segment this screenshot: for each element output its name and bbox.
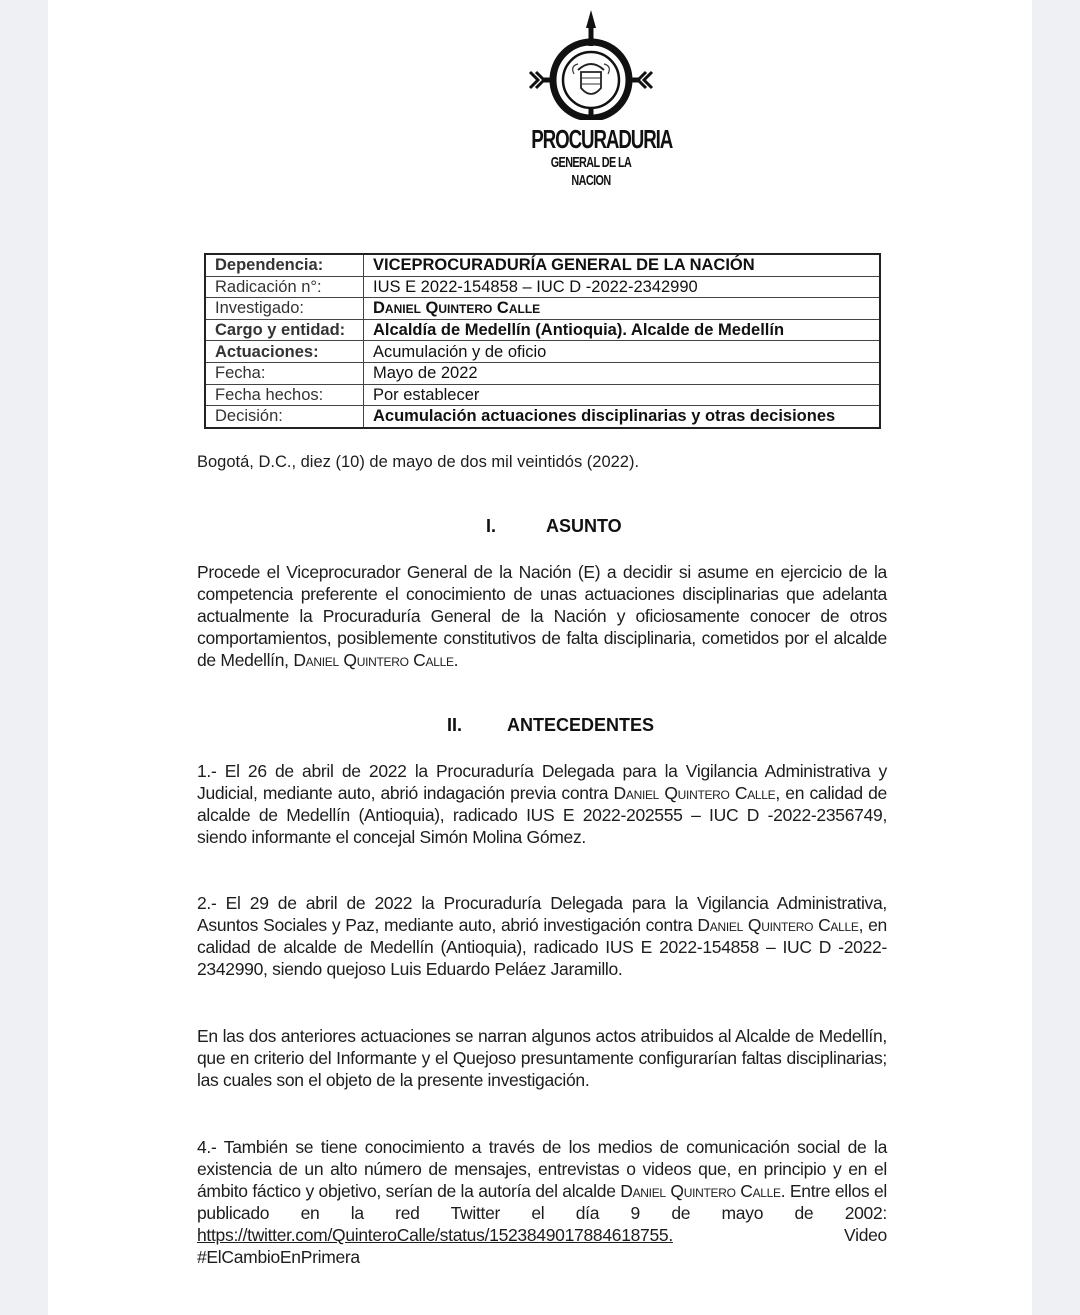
row-label: Investigado: (205, 298, 364, 320)
row-value: Daniel Quintero Calle (364, 298, 881, 320)
antecedente-4: 4.- También se tiene conocimiento a trav… (197, 1136, 887, 1268)
row-label: Cargo y entidad: (205, 319, 364, 341)
logo-title: PROCURADURIA (531, 126, 651, 152)
twitter-status-link[interactable]: https://twitter.com/QuinteroCalle/status… (197, 1225, 673, 1245)
investigated-name: Daniel Quintero Calle (620, 1181, 780, 1201)
table-row: Decisión: Acumulación actuaciones discip… (205, 406, 880, 428)
row-value: Acumulación actuaciones disciplinarias y… (364, 406, 881, 428)
row-label: Fecha hechos: (205, 384, 364, 406)
table-row: Cargo y entidad: Alcaldía de Medellín (A… (205, 319, 880, 341)
procuraduria-seal-icon (526, 8, 656, 120)
row-value: Alcaldía de Medellín (Antioquia). Alcald… (364, 319, 881, 341)
row-value: VICEPROCURADURÍA GENERAL DE LA NACIÓN (364, 254, 881, 276)
row-label: Fecha: (205, 362, 364, 384)
table-row: Fecha: Mayo de 2022 (205, 362, 880, 384)
logo-subtitle: GENERAL DE LA NACION (531, 154, 651, 190)
row-label: Decisión: (205, 406, 364, 428)
table-row: Fecha hechos: Por establecer (205, 384, 880, 406)
investigated-name: Daniel Quintero Calle (293, 650, 453, 670)
section-number: II. (447, 715, 507, 736)
row-value: IUS E 2022-154858 – IUC D -2022-2342990 (364, 276, 881, 298)
paragraph-text: . (454, 650, 459, 670)
table-row: Radicación n°: IUS E 2022-154858 – IUC D… (205, 276, 880, 298)
procuraduria-logo: PROCURADURIA GENERAL DE LA NACION (508, 8, 674, 178)
table-row: Actuaciones: Acumulación y de oficio (205, 341, 880, 363)
investigated-name: Daniel Quintero Calle (614, 783, 776, 803)
section-title: ANTECEDENTES (507, 715, 654, 735)
table-row: Dependencia: VICEPROCURADURÍA GENERAL DE… (205, 254, 880, 276)
row-label: Actuaciones: (205, 341, 364, 363)
place-date: Bogotá, D.C., diez (10) de mayo de dos m… (197, 451, 887, 473)
antecedente-1: 1.- El 26 de abril de 2022 la Procuradur… (197, 760, 887, 848)
section-number: I. (486, 516, 546, 537)
section-heading-antecedentes: II.ANTECEDENTES (447, 715, 654, 736)
antecedente-3: En las dos anteriores actuaciones se nar… (197, 1025, 887, 1091)
row-value: Acumulación y de oficio (364, 341, 881, 363)
asunto-paragraph: Procede el Viceprocurador General de la … (197, 561, 887, 671)
case-metadata-table: Dependencia: VICEPROCURADURÍA GENERAL DE… (204, 253, 881, 429)
section-title: ASUNTO (546, 516, 622, 536)
antecedente-2: 2.- El 29 de abril de 2022 la Procuradur… (197, 892, 887, 980)
row-value: Por establecer (364, 384, 881, 406)
row-label: Dependencia: (205, 254, 364, 276)
section-heading-asunto: I.ASUNTO (486, 516, 622, 537)
table-row: Investigado: Daniel Quintero Calle (205, 298, 880, 320)
row-label: Radicación n°: (205, 276, 364, 298)
row-value: Mayo de 2022 (364, 362, 881, 384)
investigated-name: Daniel Quintero Calle (697, 915, 858, 935)
